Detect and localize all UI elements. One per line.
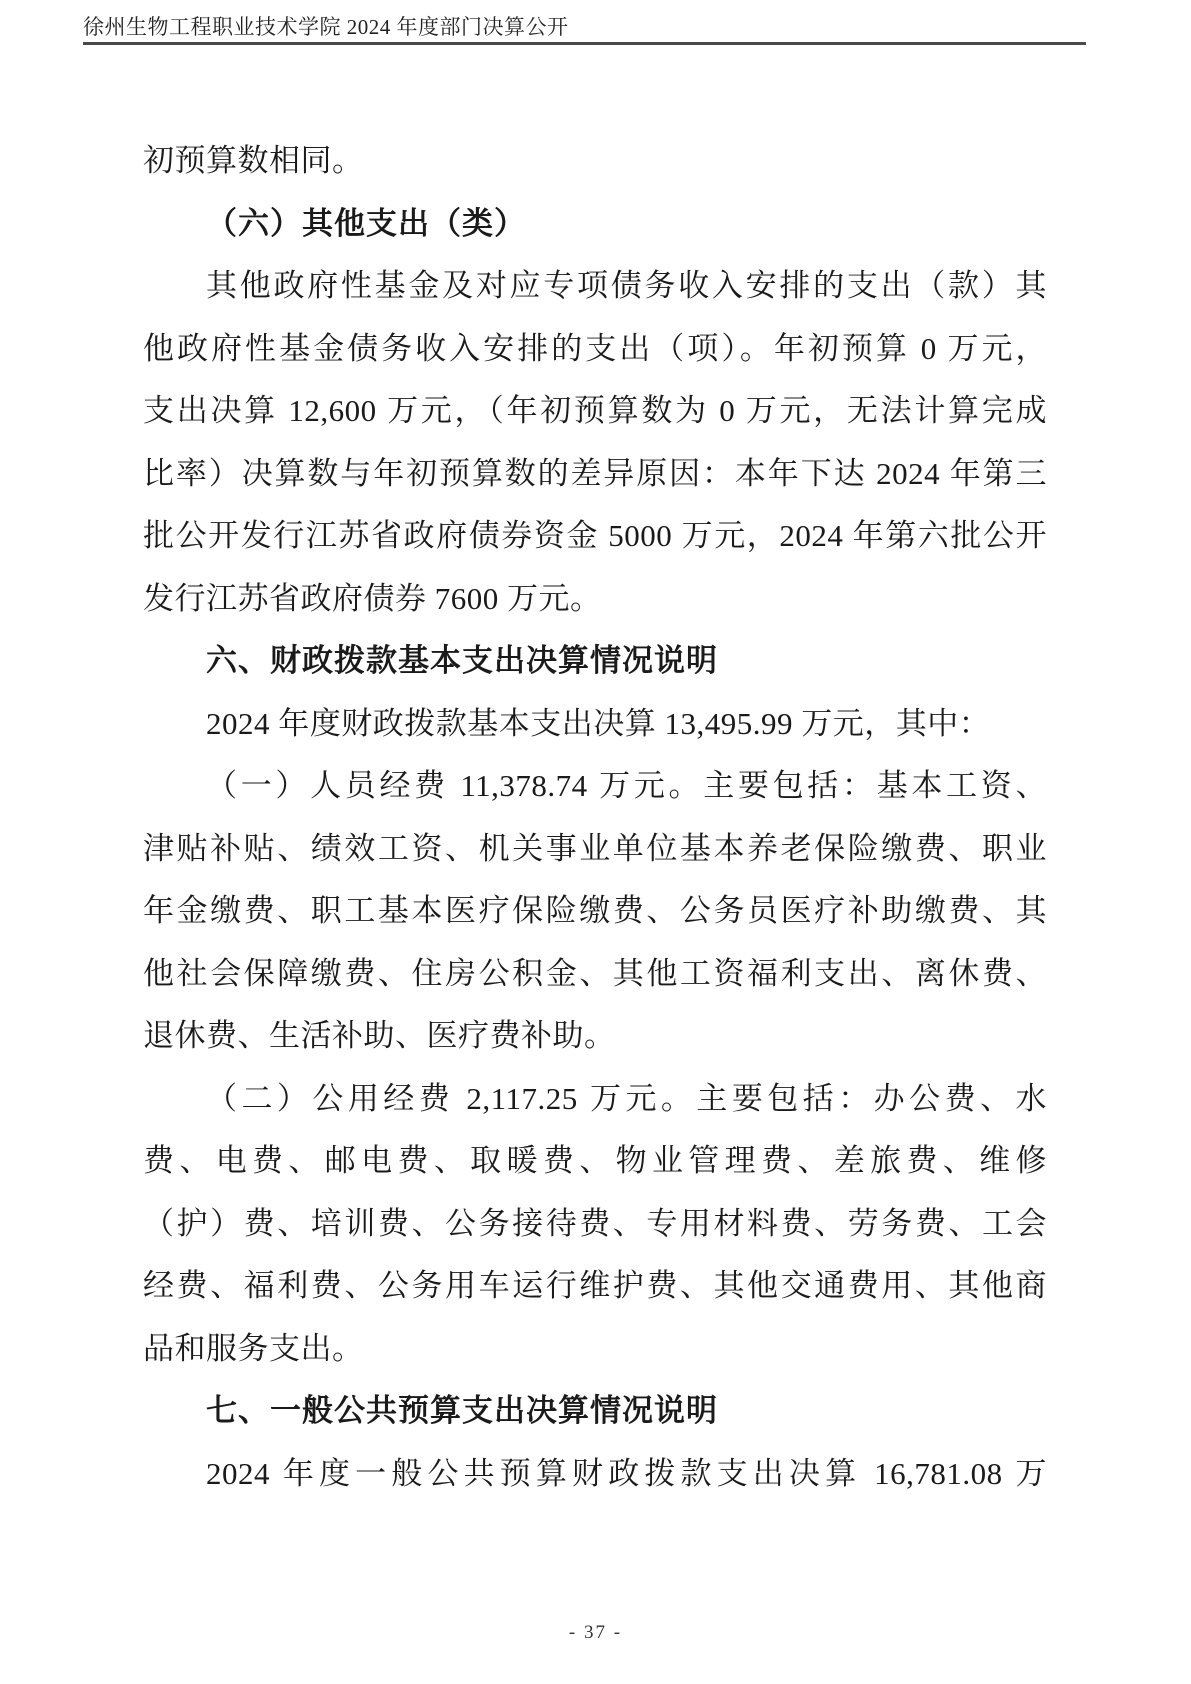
- document-body: 初预算数相同。 （六）其他支出（类） 其他政府性基金及对应专项债务收入安排的支出…: [143, 130, 1047, 1505]
- text-line: 其他政府性基金及对应专项债务收入安排的支出（款）其: [143, 255, 1047, 318]
- text-line: 支出决算 12,600 万元，（年初预算数为 0 万元，无法计算完成: [143, 380, 1047, 443]
- text-line: （二）公用经费 2,117.25 万元。主要包括：办公费、水: [143, 1068, 1047, 1131]
- text-line: 退休费、生活补助、医疗费补助。: [143, 1005, 1047, 1068]
- document-page: 徐州生物工程职业技术学院 2024 年度部门决算公开 初预算数相同。 （六）其他…: [0, 0, 1191, 1684]
- header-rule: [83, 42, 1086, 45]
- text-line: 2024 年度一般公共预算财政拨款支出决算 16,781.08 万: [143, 1443, 1047, 1506]
- text-line: 他社会保障缴费、住房公积金、其他工资福利支出、离休费、: [143, 943, 1047, 1006]
- text-line: 初预算数相同。: [143, 130, 1047, 193]
- text-line: 批公开发行江苏省政府债券资金 5000 万元，2024 年第六批公开: [143, 505, 1047, 568]
- text-line: （一）人员经费 11,378.74 万元。主要包括：基本工资、: [143, 755, 1047, 818]
- page-header: 徐州生物工程职业技术学院 2024 年度部门决算公开: [83, 14, 1086, 45]
- text-line: 年金缴费、职工基本医疗保险缴费、公务员医疗补助缴费、其: [143, 880, 1047, 943]
- text-line: 发行江苏省政府债券 7600 万元。: [143, 568, 1047, 631]
- page-footer: - 37 -: [0, 1622, 1191, 1644]
- text-line: 费、电费、邮电费、取暖费、物业管理费、差旅费、维修: [143, 1130, 1047, 1193]
- section-heading: 七、一般公共预算支出决算情况说明: [143, 1380, 1047, 1443]
- header-title: 徐州生物工程职业技术学院 2024 年度部门决算公开: [83, 14, 1086, 40]
- text-line: 2024 年度财政拨款基本支出决算 13,495.99 万元，其中：: [143, 693, 1047, 756]
- text-line: 津贴补贴、绩效工资、机关事业单位基本养老保险缴费、职业: [143, 818, 1047, 881]
- section-heading: （六）其他支出（类）: [143, 193, 1047, 256]
- text-line: 品和服务支出。: [143, 1318, 1047, 1381]
- section-heading: 六、财政拨款基本支出决算情况说明: [143, 630, 1047, 693]
- text-line: （护）费、培训费、公务接待费、专用材料费、劳务费、工会: [143, 1193, 1047, 1256]
- text-line: 比率）决算数与年初预算数的差异原因：本年下达 2024 年第三: [143, 443, 1047, 506]
- page-number: - 37 -: [569, 1622, 622, 1643]
- text-line: 他政府性基金债务收入安排的支出（项）。年初预算 0 万元，: [143, 318, 1047, 381]
- text-line: 经费、福利费、公务用车运行维护费、其他交通费用、其他商: [143, 1255, 1047, 1318]
